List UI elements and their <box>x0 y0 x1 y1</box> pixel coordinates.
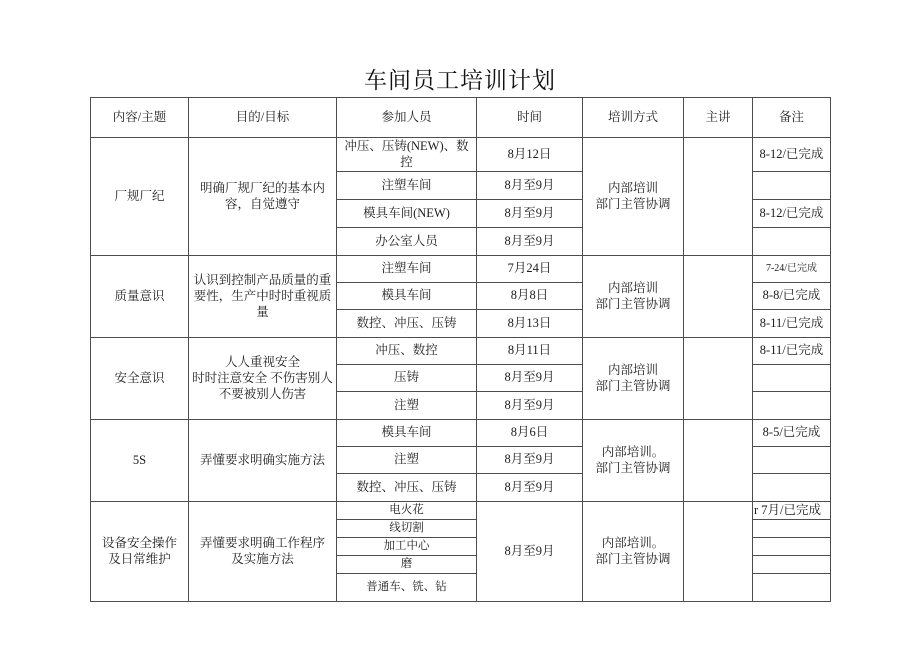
table-row: 设备安全操作 及日常维护 弄懂要求明确工作程序 及实施方法 电火花 8月至9月 … <box>91 501 831 519</box>
lecturer-cell <box>684 337 753 419</box>
time-cell: 7月24日 <box>477 255 583 282</box>
remark-cell: 8-8/已完成 <box>753 282 831 309</box>
remark-cell <box>753 537 831 555</box>
remark-cell <box>753 227 831 255</box>
column-header-remark: 备注 <box>753 98 831 138</box>
participant-cell: 模具车间 <box>337 419 477 446</box>
remark-cell <box>753 555 831 573</box>
remark-cell: 8-11/已完成 <box>753 309 831 337</box>
time-cell: 8月至9月 <box>477 364 583 391</box>
participant-cell: 压铸 <box>337 364 477 391</box>
table-row: 厂规厂纪 明确厂规厂纪的基本内容，自觉遵守 冲压、压铸(NEW)、数控 8月12… <box>91 138 831 172</box>
participant-cell: 模具车间(NEW) <box>337 199 477 227</box>
remark-cell <box>753 391 831 419</box>
topic-cell: 设备安全操作 及日常维护 <box>91 501 189 601</box>
time-cell: 8月至9月 <box>477 473 583 501</box>
method-cell: 内部培训。 部门主管协调 <box>583 501 684 601</box>
time-cell: 8月13日 <box>477 309 583 337</box>
participant-cell: 注塑车间 <box>337 171 477 199</box>
lecturer-cell <box>684 501 753 601</box>
remark-cell: 8-5/已完成 <box>753 419 831 446</box>
participant-cell: 注塑 <box>337 391 477 419</box>
time-cell: 8月至9月 <box>477 501 583 601</box>
time-cell: 8月8日 <box>477 282 583 309</box>
lecturer-cell <box>684 255 753 337</box>
training-plan-table: 内容/主题 目的/目标 参加人员 时间 培训方式 主讲 备注 厂规厂纪 明确厂规… <box>90 97 831 602</box>
participant-cell: 电火花 <box>337 501 477 519</box>
remark-cell: 7-24/已完成 <box>753 255 831 282</box>
column-header-lecturer: 主讲 <box>684 98 753 138</box>
remark-cell: 8-12/已完成 <box>753 199 831 227</box>
table-header-row: 内容/主题 目的/目标 参加人员 时间 培训方式 主讲 备注 <box>91 98 831 138</box>
participant-cell: 办公室人员 <box>337 227 477 255</box>
participant-cell: 冲压、压铸(NEW)、数控 <box>337 138 477 172</box>
time-cell: 8月12日 <box>477 138 583 172</box>
participant-cell: 注塑 <box>337 446 477 473</box>
participant-cell: 冲压、数控 <box>337 337 477 364</box>
purpose-cell: 弄懂要求明确实施方法 <box>189 419 337 501</box>
time-cell: 8月至9月 <box>477 446 583 473</box>
lecturer-cell <box>684 419 753 501</box>
remark-cell <box>753 364 831 391</box>
table-row: 质量意识 认识到控制产品质量的重要性，生产中时时重视质量 注塑车间 7月24日 … <box>91 255 831 282</box>
remark-cell: 8-11/已完成 <box>753 337 831 364</box>
time-cell: 8月至9月 <box>477 171 583 199</box>
remark-cell: 8-12/已完成 <box>753 138 831 172</box>
document-page: 车间员工培训计划 内容/主题 目的/目标 参加人员 时间 培训方式 主讲 备注 … <box>0 0 920 650</box>
purpose-cell: 认识到控制产品质量的重要性，生产中时时重视质量 <box>189 255 337 337</box>
time-cell: 8月至9月 <box>477 391 583 419</box>
time-cell: 8月6日 <box>477 419 583 446</box>
method-cell: 内部培训。 部门主管协调 <box>583 419 684 501</box>
purpose-cell: 弄懂要求明确工作程序 及实施方法 <box>189 501 337 601</box>
participant-cell: 磨 <box>337 555 477 573</box>
remark-cell <box>753 473 831 501</box>
participant-cell: 普通车、铣、钻 <box>337 573 477 601</box>
topic-cell: 厂规厂纪 <box>91 138 189 256</box>
participant-cell: 加工中心 <box>337 537 477 555</box>
column-header-topic: 内容/主题 <box>91 98 189 138</box>
participant-cell: 数控、冲压、压铸 <box>337 473 477 501</box>
remark-cell <box>753 171 831 199</box>
topic-cell: 质量意识 <box>91 255 189 337</box>
lecturer-cell <box>684 138 753 256</box>
purpose-cell: 人人重视安全 时时注意安全 不伤害别人 不要被别人伤害 <box>189 337 337 419</box>
column-header-purpose: 目的/目标 <box>189 98 337 138</box>
method-cell: 内部培训 部门主管协调 <box>583 138 684 256</box>
participant-cell: 模具车间 <box>337 282 477 309</box>
column-header-time: 时间 <box>477 98 583 138</box>
topic-cell: 5S <box>91 419 189 501</box>
table-row: 5S 弄懂要求明确实施方法 模具车间 8月6日 内部培训。 部门主管协调 8-5… <box>91 419 831 446</box>
purpose-cell: 明确厂规厂纪的基本内容，自觉遵守 <box>189 138 337 256</box>
page-title: 车间员工培训计划 <box>0 62 920 95</box>
column-header-participants: 参加人员 <box>337 98 477 138</box>
table-row: 安全意识 人人重视安全 时时注意安全 不伤害别人 不要被别人伤害 冲压、数控 8… <box>91 337 831 364</box>
method-cell: 内部培训 部门主管协调 <box>583 337 684 419</box>
topic-cell: 安全意识 <box>91 337 189 419</box>
participant-cell: 线切割 <box>337 519 477 537</box>
remark-cell: r 7月/已完成 <box>753 501 831 519</box>
remark-cell <box>753 573 831 601</box>
time-cell: 8月至9月 <box>477 227 583 255</box>
method-cell: 内部培训 部门主管协调 <box>583 255 684 337</box>
remark-cell <box>753 519 831 537</box>
participant-cell: 数控、冲压、压铸 <box>337 309 477 337</box>
remark-cell <box>753 446 831 473</box>
column-header-method: 培训方式 <box>583 98 684 138</box>
time-cell: 8月至9月 <box>477 199 583 227</box>
participant-cell: 注塑车间 <box>337 255 477 282</box>
time-cell: 8月11日 <box>477 337 583 364</box>
